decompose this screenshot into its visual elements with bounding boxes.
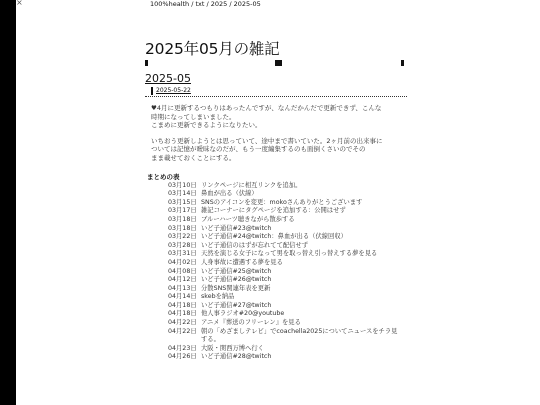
summary-item: 04月14日skebを納品	[168, 293, 407, 302]
summary-text: リンクページに相互リンクを追加。	[201, 182, 407, 191]
summary-text: skebを納品	[201, 293, 407, 302]
summary-date: 04月12日	[168, 276, 201, 285]
left-sidebar	[0, 0, 16, 405]
summary-item: 03月31日天然を演じる女子になって男を取っ替え引っ替えする夢を見る	[168, 250, 407, 259]
summary-text: 雑記コーナーにタグページを追加する：公開はせず	[201, 207, 407, 216]
summary-text: 朝の「めざましテレビ」でcoachella2025についてニュースをチラ見する。	[201, 328, 407, 345]
summary-text: いど子通信#25@twitch	[201, 268, 407, 277]
summary-list: 03月10日リンクページに相互リンクを追加。 03月14日鼻血が出る（伏線） 0…	[145, 182, 407, 362]
page-nav	[145, 60, 407, 67]
entry-paragraph: ♥4月に更新するつもりはあったんですが、なんだかんだで更新できず、こんな 時期に…	[151, 104, 407, 130]
summary-item: 04月26日いど子通信#28@twitch	[168, 353, 407, 362]
entry-date-link[interactable]: 2025-05-22	[156, 87, 191, 95]
summary-item: 04月08日いど子通信#25@twitch	[168, 268, 407, 277]
summary-item: 04月12日いど子通信#26@twitch	[168, 276, 407, 285]
summary-text: いど子通信#26@twitch	[201, 276, 407, 285]
summary-item: 03月18日ブルーハーツ聴きながら散歩する	[168, 216, 407, 225]
entry-marker	[151, 87, 153, 95]
summary-date: 03月18日	[168, 216, 201, 225]
summary-date: 03月18日	[168, 225, 201, 234]
summary-item: 04月22日朝の「めざましテレビ」でcoachella2025についてニュースを…	[168, 328, 407, 345]
index-page-button[interactable]	[275, 60, 282, 66]
summary-text: いど子通信#24@twitch：鼻血が出る（伏線回収）	[201, 233, 407, 242]
summary-text: アニメ『葬送のフリーレン』を見る	[201, 319, 407, 328]
entry-header: 2025-05-22	[145, 87, 407, 97]
summary-item: 04月18日他人事ラジオ#20@youtube	[168, 310, 407, 319]
month-heading[interactable]: 2025-05	[145, 73, 191, 85]
summary-item: 03月10日リンクページに相互リンクを追加。	[168, 182, 407, 191]
summary-item: 03月22日いど子通信#24@twitch：鼻血が出る（伏線回収）	[168, 233, 407, 242]
summary-item: 03月17日雑記コーナーにタグページを追加する：公開はせず	[168, 207, 407, 216]
summary-item: 04月02日人身事故に遭遇する夢を見る	[168, 259, 407, 268]
summary-date: 04月13日	[168, 285, 201, 294]
summary-date: 04月22日	[168, 319, 201, 328]
breadcrumb[interactable]: 100%health / txt / 2025 / 2025-05	[150, 0, 261, 8]
summary-date: 04月26日	[168, 353, 201, 362]
summary-text: いど子通信#23@twitch	[201, 225, 407, 234]
summary-date: 03月17日	[168, 207, 201, 216]
summary-text: 鼻血が出る（伏線）	[201, 190, 407, 199]
summary-date: 04月08日	[168, 268, 201, 277]
summary-text: いど子通信#28@twitch	[201, 353, 407, 362]
next-page-button[interactable]	[401, 60, 404, 66]
summary-date: 03月10日	[168, 182, 201, 191]
summary-date: 04月14日	[168, 293, 201, 302]
summary-item: 04月13日分散SNS関連年表を更新	[168, 285, 407, 294]
summary-text: 天然を演じる女子になって男を取っ替え引っ替えする夢を見る	[201, 250, 407, 259]
summary-item: 03月18日いど子通信#23@twitch	[168, 225, 407, 234]
summary-date: 04月18日	[168, 310, 201, 319]
summary-item: 03月14日鼻血が出る（伏線）	[168, 190, 407, 199]
summary-text: 他人事ラジオ#20@youtube	[201, 310, 407, 319]
entry-paragraph: いちおう更新しようとは思っていて、途中まで書いていた。2ヶ月前の出来事に ついて…	[151, 137, 407, 163]
summary-date: 04月02日	[168, 259, 201, 268]
summary-text: ブルーハーツ聴きながら散歩する	[201, 216, 407, 225]
prev-page-button[interactable]	[145, 60, 148, 66]
summary-text: 人身事故に遭遇する夢を見る	[201, 259, 407, 268]
summary-date: 04月22日	[168, 328, 201, 345]
summary-item: 04月22日アニメ『葬送のフリーレン』を見る	[168, 319, 407, 328]
summary-date: 03月22日	[168, 233, 201, 242]
summary-title: まとめの表	[147, 173, 407, 182]
close-icon[interactable]: ×	[16, 0, 23, 8]
summary-text: 分散SNS関連年表を更新	[201, 285, 407, 294]
summary-date: 03月31日	[168, 250, 201, 259]
page-title: 2025年05月の雑記	[145, 40, 407, 58]
summary-date: 03月14日	[168, 190, 201, 199]
page-content: 2025年05月の雑記 2025-05 2025-05-22 ♥4月に更新するつ…	[145, 40, 407, 362]
